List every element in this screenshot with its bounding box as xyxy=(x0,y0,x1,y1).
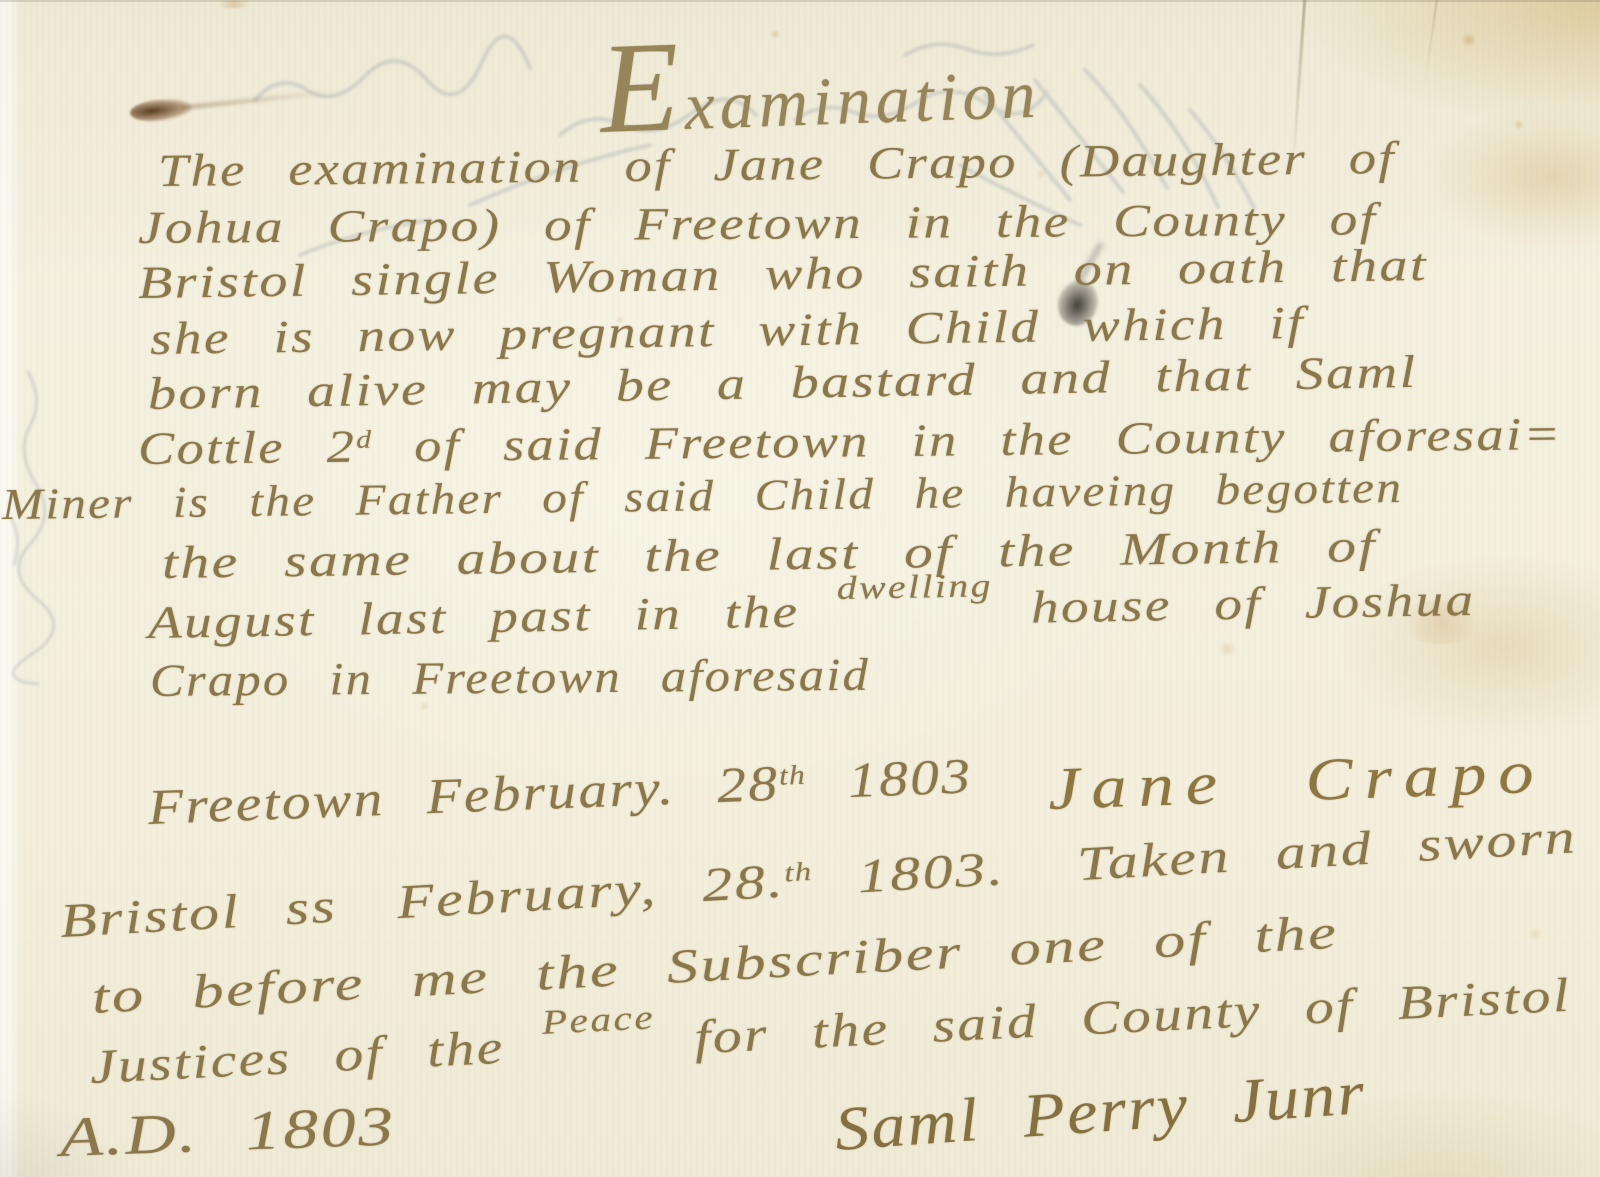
inserted-word-dwelling: dwelling xyxy=(836,568,993,607)
attestation-text: Freetown February. 28 xyxy=(147,755,780,835)
jurat-line-1: Bristol ssFebruary, 28.th 1803. Taken an… xyxy=(59,811,1579,949)
crease-line xyxy=(1424,0,1439,86)
body-line-10: Crapo in Freetown aforesaid xyxy=(150,650,870,707)
ordinal-superscript: th xyxy=(783,856,813,888)
body-line-9-text: house of Joshua xyxy=(1031,574,1476,633)
ink-smudge xyxy=(129,96,193,124)
fox-spot xyxy=(1514,120,1524,129)
body-line-6-text: of said Freetown in the County aforesai= xyxy=(414,408,1563,471)
crease-line xyxy=(1292,0,1306,154)
ordinal-superscript: d xyxy=(356,426,372,454)
body-line-6-text: Cottle 2 xyxy=(138,421,357,474)
attestation-year: 1803 xyxy=(847,747,973,808)
fox-spot xyxy=(214,0,254,8)
ordinal-superscript: th xyxy=(778,759,806,791)
fox-spot xyxy=(1462,34,1476,46)
inserted-word-peace: Peace xyxy=(541,998,656,1042)
jurat-anno-domini: A.D. 1803 xyxy=(59,1096,397,1169)
jurat-county: Bristol ss xyxy=(58,880,338,948)
signature-jane-crapo: Jane Crapo xyxy=(1047,739,1547,822)
fox-spot xyxy=(1218,642,1236,656)
jurat-line-3-text: Justices of the xyxy=(89,1021,506,1094)
attestation-place-date: Freetown February. 28th 1803 xyxy=(147,748,973,835)
body-line-1: The examination of Jane Crapo (Daughter … xyxy=(158,133,1396,197)
fox-spot xyxy=(1528,928,1542,940)
manuscript-page: Examination The examination of Jane Crap… xyxy=(0,0,1600,1177)
jurat-sworn: Taken and sworn xyxy=(1076,810,1579,891)
signature-sam-perry: Saml Perry Junr xyxy=(833,1059,1369,1164)
body-line-9-text: August last past in the xyxy=(148,586,800,648)
jurat-date: February, 28. xyxy=(396,855,787,930)
jurat-year: 1803. xyxy=(856,842,1006,903)
